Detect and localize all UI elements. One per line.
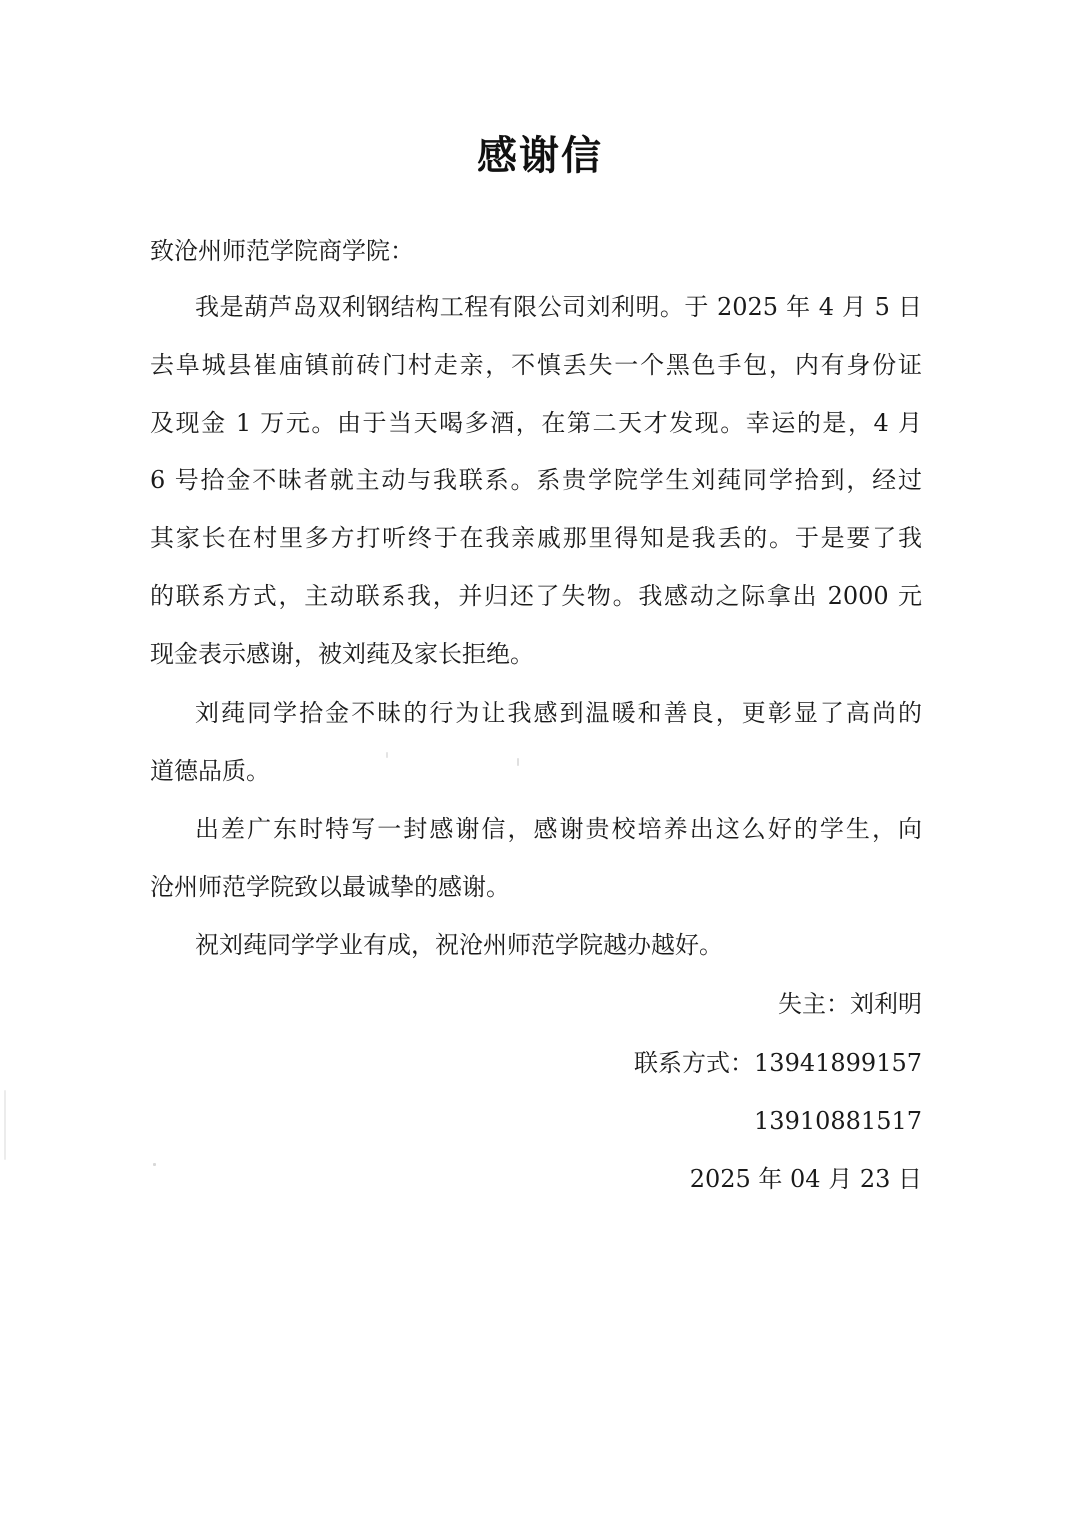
paragraph-1-line-7: 现金表示感谢，被刘莼及家长拒绝。 [150,637,534,671]
paragraph-4-line-1: 祝刘莼同学学业有成，祝沧州师范学院越办越好。 [195,928,723,962]
signature-date: 2025 年 04 月 23 日 [690,1162,922,1196]
scan-artifact [153,1163,156,1166]
scan-artifact [386,752,388,758]
contact-label: 联系方式： [634,1049,754,1077]
paragraph-1-line-1: 我是葫芦岛双利钢结构工程有限公司刘利明。于 2025 年 4 月 5 日 [195,290,922,324]
salutation: 致沧州师范学院商学院： [150,234,414,268]
paragraph-1-line-5: 其家长在村里多方打听终于在我亲戚那里得知是我丢的。于是要了我 [150,521,922,555]
paragraph-1-line-3: 及现金 1 万元。由于当天喝多酒，在第二天才发现。幸运的是，4 月 [150,406,922,440]
paragraph-2-line-2: 道德品质。 [150,754,270,788]
paragraph-3-line-1: 出差广东时特写一封感谢信，感谢贵校培养出这么好的学生，向 [195,812,922,846]
phone-number-1: 13941899157 [754,1049,922,1077]
phone-number-2: 13910881517 [754,1104,922,1138]
signature-contact: 联系方式：13941899157 [634,1046,922,1080]
paragraph-3-line-2: 沧州师范学院致以最诚挚的感谢。 [150,870,510,904]
letter-page: 感谢信 致沧州师范学院商学院： 我是葫芦岛双利钢结构工程有限公司刘利明。于 20… [0,0,1080,1513]
letter-title: 感谢信 [0,128,1080,184]
paragraph-1-line-4: 6 号拾金不昧者就主动与我联系。系贵学院学生刘莼同学拾到，经过 [150,463,922,497]
paragraph-2-line-1: 刘莼同学拾金不昧的行为让我感到温暖和善良，更彰显了高尚的 [195,696,922,730]
paragraph-1-line-6: 的联系方式，主动联系我，并归还了失物。我感动之际拿出 2000 元 [150,579,922,613]
scan-artifact [517,758,519,766]
scan-artifact [4,1090,6,1160]
paragraph-1-line-2: 去阜城县崔庙镇前砖门村走亲，不慎丢失一个黑色手包，内有身份证 [150,348,922,382]
signature-sender: 失主：刘利明 [778,987,922,1021]
